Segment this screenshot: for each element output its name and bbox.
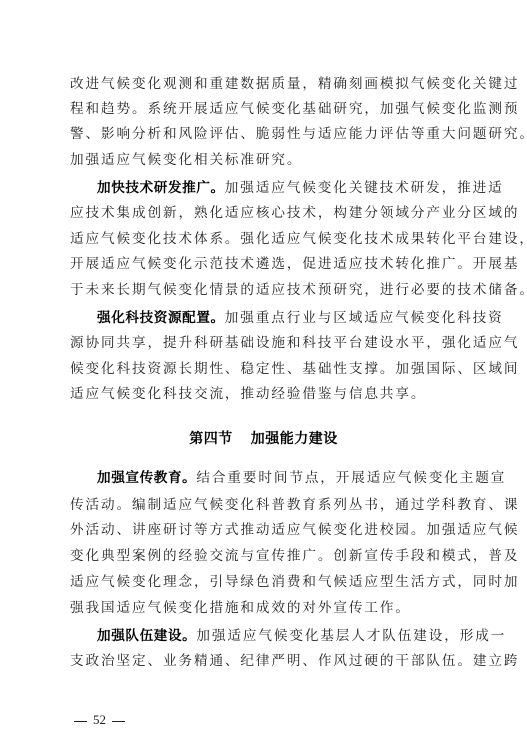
dash-right xyxy=(112,721,125,722)
paragraph-2-line-2: 应技术集成创新，熟化适应核心技术，构建分领域分产业分区域的 xyxy=(70,203,458,223)
paragraph-3-line-3: 候变化科技资源长期性、稳定性、基础性支撑。加强国际、区域间 xyxy=(70,359,458,379)
page-number: 52 xyxy=(68,712,131,728)
paragraph-2-lead: 加快技术研发推广。 xyxy=(97,180,225,196)
paragraph-5-line-1: 加强队伍建设。加强适应气候变化基层人才队伍建设，形成一 xyxy=(97,626,458,646)
document-page: 改进气候变化观测和重建数据质量，精确刻画模拟气候变化关键过 程和趋势。系统开展适… xyxy=(0,0,527,747)
section-number: 第四节 xyxy=(189,431,233,447)
paragraph-1-line-4: 加强适应气候变化相关标准研究。 xyxy=(70,150,458,170)
paragraph-3-line-4: 适应气候变化科技交流，推动经验借鉴与信息共享。 xyxy=(70,384,458,404)
paragraph-4-first-line-rest: 结合重要时间节点，开展适应气候变化主题宣 xyxy=(196,470,506,486)
paragraph-4-line-4: 变化典型案例的经验交流与宣传推广。创新宣传手段和模式，普及 xyxy=(70,546,458,566)
paragraph-4-line-5: 适应气候变化理念，引导绿色消费和气候适应型生活方式，同时加 xyxy=(70,572,458,592)
dash-left xyxy=(74,721,87,722)
paragraph-3-line-1: 强化科技资源配置。加强重点行业与区域适应气候变化科技资 xyxy=(97,308,458,328)
page-number-value: 52 xyxy=(93,712,106,727)
paragraph-4-line-1: 加强宣传教育。结合重要时间节点，开展适应气候变化主题宣 xyxy=(97,468,458,488)
paragraph-3-first-line-rest: 加强重点行业与区域适应气候变化科技资 xyxy=(225,310,504,326)
paragraph-4-lead: 加强宣传教育。 xyxy=(97,470,196,486)
paragraph-2-line-3: 适应气候变化技术体系。强化适应气候变化技术成果转化平台建设， xyxy=(70,229,458,249)
paragraph-5-first-line-rest: 加强适应气候变化基层人才队伍建设，形成一 xyxy=(196,628,506,644)
section-heading: 第四节加强能力建设 xyxy=(0,428,527,448)
paragraph-3-lead: 强化科技资源配置。 xyxy=(97,310,225,326)
paragraph-4-line-2: 传活动。编制适应气候变化科普教育系列丛书，通过学科教育、课 xyxy=(70,495,458,515)
section-title: 加强能力建设 xyxy=(251,431,338,447)
paragraph-5-lead: 加强队伍建设。 xyxy=(97,628,196,644)
paragraph-5-line-2: 支政治坚定、业务精通、纪律严明、作风过硬的干部队伍。建立跨 xyxy=(70,651,458,671)
paragraph-1-line-2: 程和趋势。系统开展适应气候变化基础研究，加强气候变化监测预 xyxy=(70,99,458,119)
paragraph-4-line-3: 外活动、讲座研讨等方式推动适应气候变化进校园。加强适应气候 xyxy=(70,520,458,540)
paragraph-1-line-3: 警、影响分析和风险评估、脆弱性与适应能力评估等重大问题研究。 xyxy=(70,124,458,144)
paragraph-1-line-1: 改进气候变化观测和重建数据质量，精确刻画模拟气候变化关键过 xyxy=(70,74,458,94)
paragraph-3-line-2: 源协同共享，提升科研基础设施和科技平台建设水平，强化适应气 xyxy=(70,333,458,353)
paragraph-4-line-6: 强我国适应气候变化措施和成效的对外宣传工作。 xyxy=(70,598,458,618)
paragraph-2-first-line-rest: 加强适应气候变化关键技术研发，推进适 xyxy=(225,180,504,196)
paragraph-2-line-5: 于未来长期气候变化情景的适应技术预研究，进行必要的技术储备。 xyxy=(70,280,458,300)
paragraph-2-line-1: 加快技术研发推广。加强适应气候变化关键技术研发，推进适 xyxy=(97,178,458,198)
paragraph-2-line-4: 开展适应气候变化示范技术遴选，促进适应技术转化推广。开展基 xyxy=(70,254,458,274)
